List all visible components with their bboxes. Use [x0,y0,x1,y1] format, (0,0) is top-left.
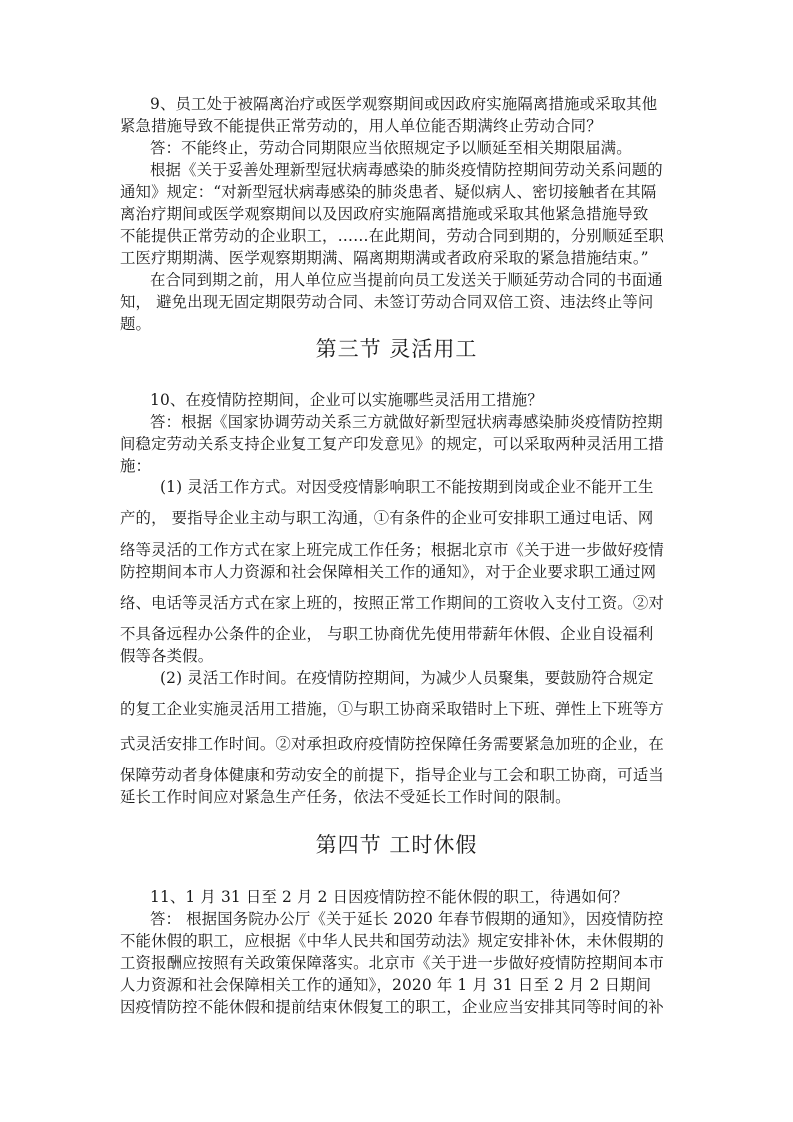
q9-question-line-2: 紧急措施导致不能提供正常劳动的，用人单位能否期满终止劳动合同？ [120,115,675,137]
q9-basis-line-3: 离治疗期间或医学观察期间以及因政府实施隔离措施或采取其他紧急措施导致 [120,203,675,225]
q10-item2-line-5: 延长工作时间应对紧急生产任务，依法不受延长工作时间的限制。 [120,786,675,808]
q9-basis-line-1: 根据《关于妥善处理新型冠状病毒感染的肺炎疫情防控期间劳动关系问题的 [150,159,675,181]
q10-item1-line-5: 络、电话等灵活方式在家上班的，按照正常工作期间的工资收入支付工资。②对 [120,592,675,614]
q10-item2-line-2: 的复工企业实施灵活用工措施，①与职工协商采取错时上下班、弹性上下班等方 [120,698,675,720]
q9-basis-line-4: 不能提供正常劳动的企业职工，……在此期间，劳动合同到期的，分别顺延至职 [120,225,675,247]
q9-advice-line-2: 知， 避免出现无固定期限劳动合同、未签订劳动合同双倍工资、违法终止等问 [120,291,675,313]
q11-question: 11、1 月 31 日至 2 月 2 日因疫情防控不能休假的职工，待遇如何？ [150,886,675,908]
q10-item1-line-7: 假等各类假。 [120,645,675,667]
q10-question: 10、在疫情防控期间，企业可以实施哪些灵活用工措施？ [150,389,675,411]
q11-answer-line-5: 因疫情防控不能休假和提前结束休假复工的职工，企业应当安排其同等时间的补 [120,996,675,1018]
q10-answer-line-2: 间稳定劳动关系支持企业复工复产印发意见》的规定，可以采取两种灵活用工措 [120,433,675,455]
q10-answer-line-3: 施： [120,455,675,477]
q9-question-line-1: 9、员工处于被隔离治疗或医学观察期间或因政府实施隔离措施或采取其他 [150,93,675,115]
q10-item2-line-3: 式灵活安排工作时间。②对承担政府疫情防控保障任务需要紧急加班的企业，在 [120,733,675,755]
q9-answer: 答：不能终止，劳动合同期限应当依照规定予以顺延至相关期限届满。 [150,137,675,159]
q10-item1-line-3: 络等灵活的工作方式在家上班完成工作任务；根据北京市《关于进一步做好疫情 [120,539,675,561]
q10-item1-line-1: (1) 灵活工作方式。对因受疫情影响职工不能按期到岗或企业不能开工生 [160,476,675,498]
q10-item2-line-4: 保障劳动者身体健康和劳动安全的前提下，指导企业与工会和职工协商，可适当 [120,764,675,786]
q11-answer-line-2: 不能休假的职工，应根据《中华人民共和国劳动法》规定安排补休，未休假期的 [120,930,675,952]
section-4-title: 第四节 工时休假 [0,830,793,860]
q10-answer-line-1: 答：根据《国家协调劳动关系三方就做好新型冠状病毒感染肺炎疫情防控期 [150,411,675,433]
q11-answer-line-4: 人力资源和社会保障相关工作的通知》，2020 年 1 月 31 日至 2 月 2… [120,974,675,996]
q10-item1-line-2: 产的， 要指导企业主动与职工沟通，①有条件的企业可安排职工通过电话、网 [120,507,675,529]
section-3-title: 第三节 灵活用工 [0,334,793,364]
q10-item2-line-1: (2) 灵活工作时间。在疫情防控期间，为减少人员聚集，要鼓励符合规定 [160,667,675,689]
q9-advice-line-1: 在合同到期之前，用人单位应当提前向员工发送关于顺延劳动合同的书面通 [150,269,675,291]
q9-basis-line-5: 工医疗期期满、医学观察期期满、隔离期期满或者政府采取的紧急措施结束。” [120,247,675,269]
q9-advice-line-3: 题。 [120,313,675,335]
q10-item1-line-6: 不具备远程办公条件的企业， 与职工协商优先使用带薪年休假、企业自设福利 [120,623,675,645]
q11-answer-line-1: 答： 根据国务院办公厅《关于延长 2020 年春节假期的通知》，因疫情防控 [150,908,675,930]
q9-basis-line-2: 通知》规定：“对新型冠状病毒感染的肺炎患者、疑似病人、密切接触者在其隔 [120,181,675,203]
q11-answer-line-3: 工资报酬应按照有关政策保障落实。北京市《关于进一步做好疫情防控期间本市 [120,952,675,974]
q10-item1-line-4: 防控期间本市人力资源和社会保障相关工作的通知》，对于企业要求职工通过网 [120,561,675,583]
